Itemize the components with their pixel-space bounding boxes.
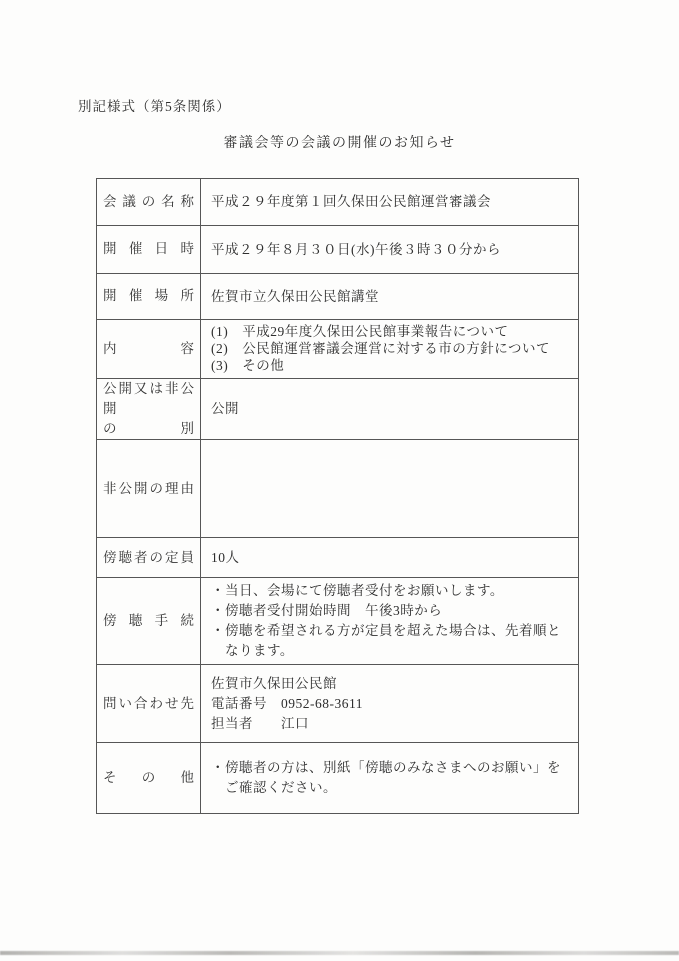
value-line: ・傍聴者受付開始時間 午後3時から bbox=[211, 601, 568, 621]
row-value: 公開 bbox=[201, 378, 579, 440]
value-line: ・傍聴を希望される方が定員を超えた場合は、先着順となります。 bbox=[211, 621, 568, 661]
table-row-meeting-name: 会議の名称 平成２９年度第１回久保田公民館運営審議会 bbox=[97, 179, 579, 226]
value-line: 佐賀市久保田公民館 bbox=[211, 674, 568, 694]
row-label: 傍聴手続 bbox=[97, 578, 201, 665]
row-label: 内容 bbox=[97, 320, 201, 379]
row-value: 10人 bbox=[201, 538, 579, 578]
table-row-place: 開催場所 佐賀市立久保田公民館講堂 bbox=[97, 274, 579, 320]
table-row-observer-capacity: 傍聴者の定員 10人 bbox=[97, 538, 579, 578]
row-value bbox=[201, 440, 579, 538]
table-row-agenda: 内容 (1) 平成29年度久保田公民館事業報告について (2) 公民館運営審議会… bbox=[97, 320, 579, 379]
table-row-public-or-private: 公開又は非公開 の別 公開 bbox=[97, 378, 579, 440]
row-label: その他 bbox=[97, 743, 201, 814]
value-line: (2) 公民館運営審議会運営に対する市の方針について bbox=[211, 340, 568, 357]
value-line: 佐賀市立久保田公民館講堂 bbox=[211, 287, 568, 307]
value-line: 平成２９年度第１回久保田公民館運営審議会 bbox=[211, 192, 568, 212]
value-line: 電話番号 0952-68-3611 bbox=[211, 694, 568, 714]
row-value: ・傍聴者の方は、別紙「傍聴のみなさまへのお願い」をご確認ください。 bbox=[201, 743, 579, 814]
row-value: ・当日、会場にて傍聴者受付をお願いします。 ・傍聴者受付開始時間 午後3時から … bbox=[201, 578, 579, 665]
row-value: 平成２９年８月３０日(水)午後３時３０分から bbox=[201, 226, 579, 274]
meeting-notice-table: 会議の名称 平成２９年度第１回久保田公民館運営審議会 開催日時 平成２９年８月３… bbox=[96, 178, 579, 814]
value-line: (1) 平成29年度久保田公民館事業報告について bbox=[211, 323, 568, 340]
table-row-date-time: 開催日時 平成２９年８月３０日(水)午後３時３０分から bbox=[97, 226, 579, 274]
value-line: (3) その他 bbox=[211, 357, 568, 374]
form-note: 別記様式（第5条関係） bbox=[78, 95, 231, 115]
row-value: (1) 平成29年度久保田公民館事業報告について (2) 公民館運営審議会運営に… bbox=[201, 320, 579, 379]
row-label: 問い合わせ先 bbox=[97, 665, 201, 743]
scan-shadow bbox=[0, 951, 679, 955]
value-line: 担当者 江口 bbox=[211, 714, 568, 734]
row-label: 公開又は非公開 の別 bbox=[97, 378, 201, 440]
value-line: ・傍聴者の方は、別紙「傍聴のみなさまへのお願い」をご確認ください。 bbox=[211, 758, 568, 798]
scanned-page: 別記様式（第5条関係） 審議会等の会議の開催のお知らせ 会議の名称 平成２９年度… bbox=[0, 0, 679, 961]
value-line: 平成２９年８月３０日(水)午後３時３０分から bbox=[211, 240, 568, 260]
table-row-contact: 問い合わせ先 佐賀市久保田公民館 電話番号 0952-68-3611 担当者 江… bbox=[97, 665, 579, 743]
row-label: 開催場所 bbox=[97, 274, 201, 320]
table-row-other: その他 ・傍聴者の方は、別紙「傍聴のみなさまへのお願い」をご確認ください。 bbox=[97, 743, 579, 814]
table-row-observer-procedure: 傍聴手続 ・当日、会場にて傍聴者受付をお願いします。 ・傍聴者受付開始時間 午後… bbox=[97, 578, 579, 665]
row-label: 開催日時 bbox=[97, 226, 201, 274]
row-label: 非公開の理由 bbox=[97, 440, 201, 538]
value-line: ・当日、会場にて傍聴者受付をお願いします。 bbox=[211, 581, 568, 601]
page-title: 審議会等の会議の開催のお知らせ bbox=[0, 132, 679, 152]
row-value: 佐賀市久保田公民館 電話番号 0952-68-3611 担当者 江口 bbox=[201, 665, 579, 743]
row-value: 平成２９年度第１回久保田公民館運営審議会 bbox=[201, 179, 579, 226]
table-row-private-reason: 非公開の理由 bbox=[97, 440, 579, 538]
value-line: 公開 bbox=[211, 399, 568, 419]
row-label: 会議の名称 bbox=[97, 179, 201, 226]
row-value: 佐賀市立久保田公民館講堂 bbox=[201, 274, 579, 320]
value-line: 10人 bbox=[211, 548, 568, 568]
row-label: 傍聴者の定員 bbox=[97, 538, 201, 578]
